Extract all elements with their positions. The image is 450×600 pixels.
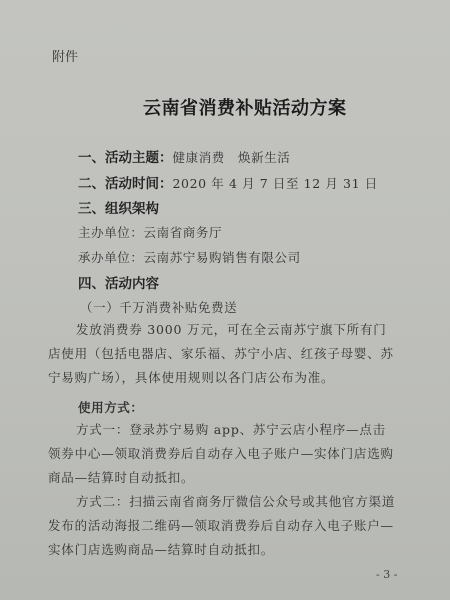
document-page: 附件 云南省消费补贴活动方案 一、活动主题：健康消费 焕新生活 二、活动时间：2… [0, 0, 450, 600]
section-content-heading: 四、活动内容 [78, 272, 159, 292]
co-organizer: 承办单位：云南苏宁易购销售有限公司 [78, 248, 301, 266]
organizer: 主办单位：云南省商务厅 [78, 223, 222, 241]
method-two: 方式二：扫描云南省商务厅微信公众号或其他官方渠道发布的活动海报二维码—领取消费券… [48, 490, 398, 562]
section-value: 2020 年 4 月 7 日至 12 月 31 日 [173, 176, 378, 191]
section-heading: 二、活动时间： [78, 176, 173, 192]
section-value: 健康消费 焕新生活 [173, 150, 291, 165]
paragraph-coupons: 发放消费券 3000 万元，可在全云南苏宁旗下所有门店使用（包括电器店、家乐福、… [48, 318, 398, 390]
subsection-heading: （一）千万消费补贴免费送 [80, 298, 237, 316]
document-title: 云南省消费补贴活动方案 [143, 94, 347, 120]
section-heading: 一、活动主题： [78, 150, 173, 166]
usage-heading: 使用方式： [78, 398, 144, 416]
attachment-label: 附件 [52, 46, 78, 65]
method-one: 方式一：登录苏宁易购 app、苏宁云店小程序—点击领券中心—领取消费券后自动存入… [48, 418, 398, 490]
page-number: - 3 - [376, 568, 397, 581]
section-theme: 一、活动主题：健康消费 焕新生活 [78, 146, 290, 166]
section-time: 二、活动时间：2020 年 4 月 7 日至 12 月 31 日 [78, 172, 378, 192]
section-organization: 三、组织架构 [78, 197, 159, 217]
